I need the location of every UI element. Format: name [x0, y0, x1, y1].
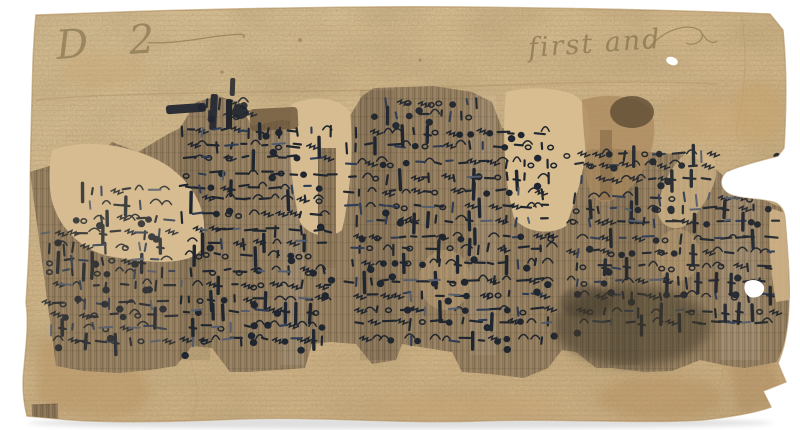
photo-stage: D 2 first and — [0, 0, 800, 430]
ink-smudge — [554, 286, 710, 366]
papyrus-sheet: D 2 first and — [0, 0, 800, 430]
papyrus-photo: D 2 first and — [0, 0, 800, 430]
